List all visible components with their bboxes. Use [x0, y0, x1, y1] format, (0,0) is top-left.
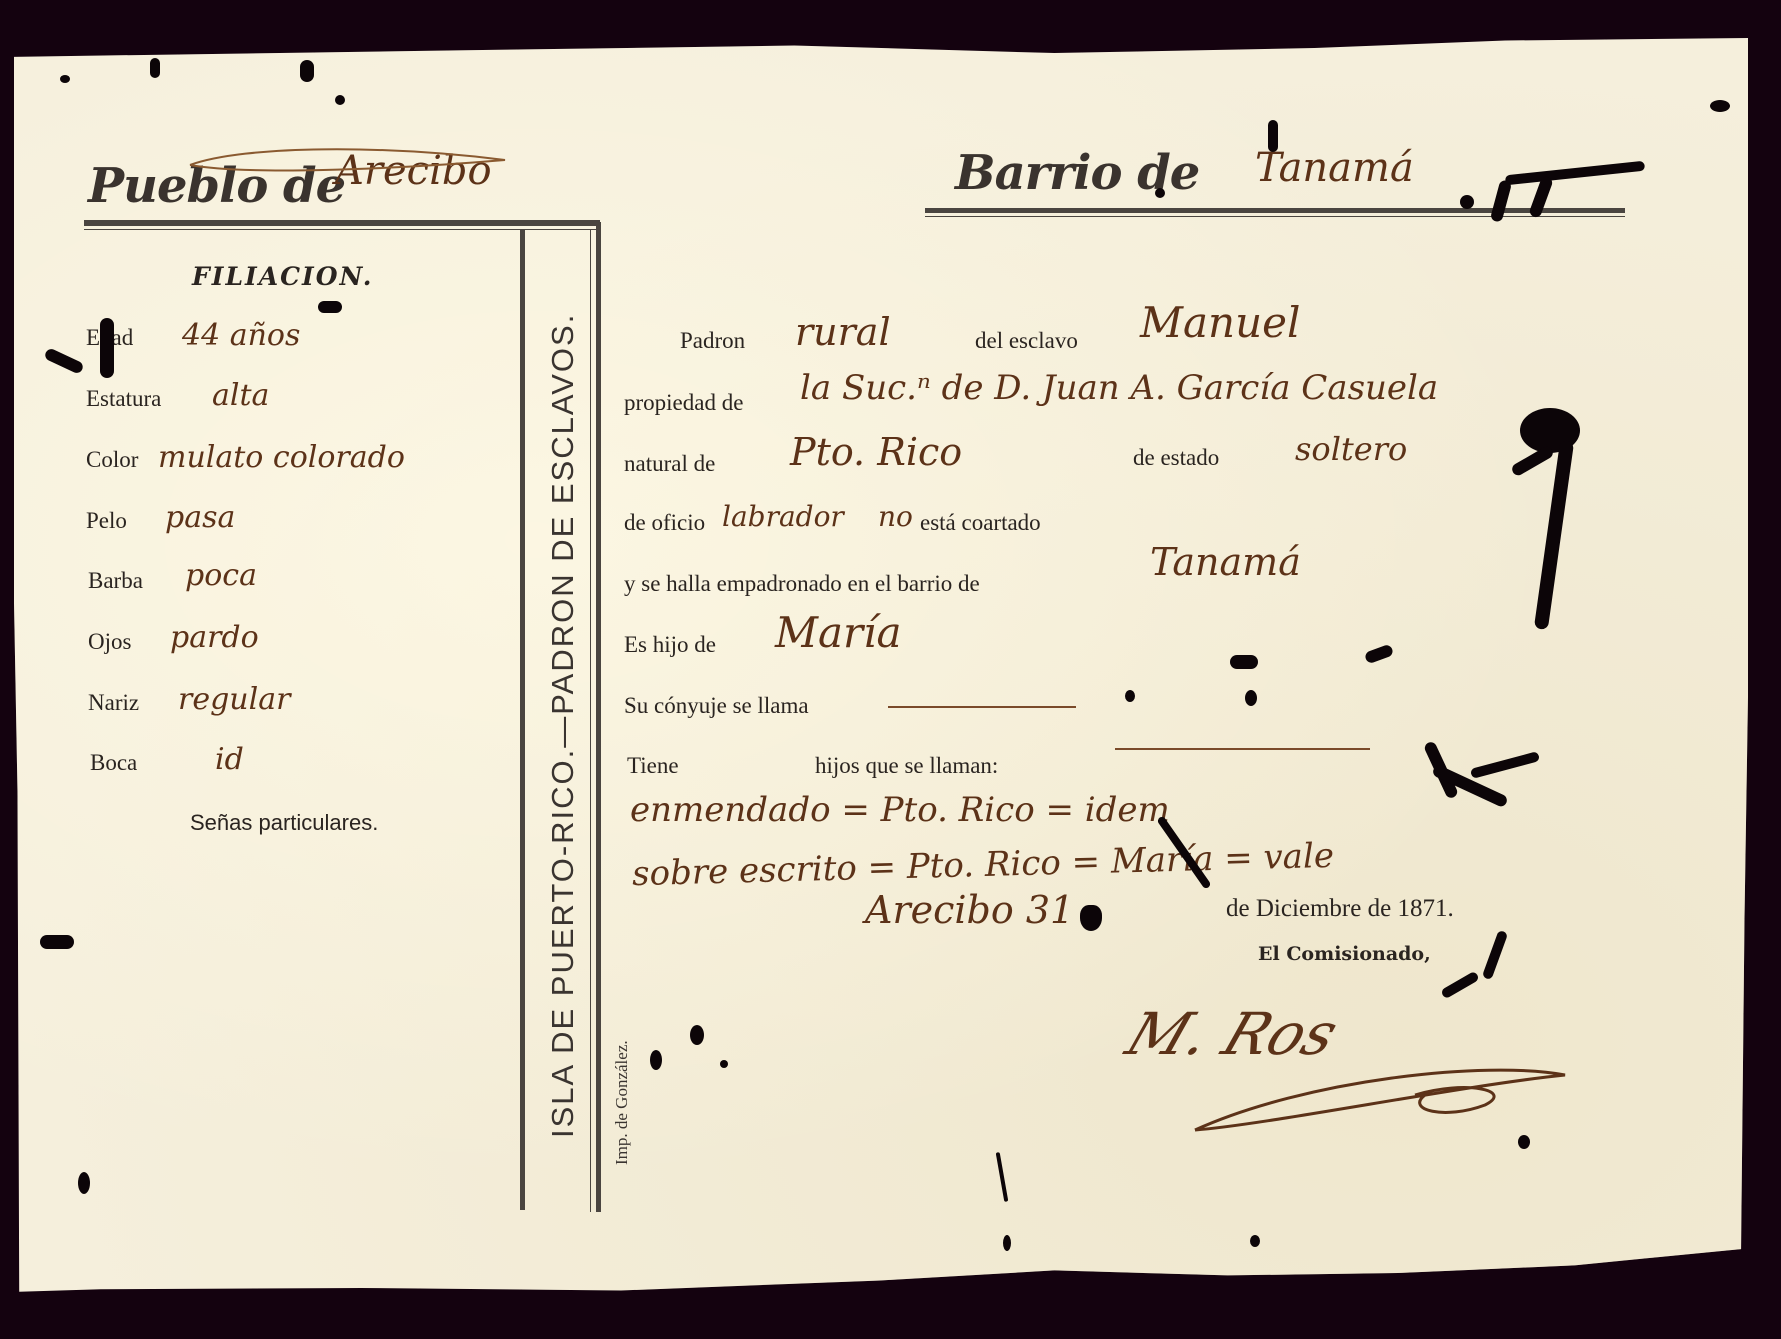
field-value-edad: 44 años [182, 318, 300, 353]
oficio-value: labrador [722, 500, 844, 533]
natural-value: Pto. Rico [790, 430, 962, 474]
padron-value: rural [795, 310, 891, 354]
ink-blot [78, 1172, 90, 1194]
propiedad-value: la Suc.ⁿ de D. Juan A. García Casuela [800, 368, 1438, 408]
field-label-pelo: Pelo [86, 508, 127, 534]
ink-blot [1003, 1235, 1011, 1251]
ink-blot [650, 1050, 662, 1070]
filiacion-title: FILIACION. [192, 262, 373, 291]
esclavo-value: Manuel [1140, 298, 1300, 347]
field-value-ojos: pardo [170, 620, 259, 655]
ink-blot [318, 301, 342, 313]
field-value-pelo: pasa [165, 500, 235, 535]
ink-blot [1125, 690, 1135, 702]
senas-particulares-label: Señas particulares. [190, 810, 378, 836]
empadronado-value: Tanamá [1150, 540, 1301, 584]
pueblo-flourish [185, 140, 515, 180]
hijo-label: Es hijo de [624, 632, 716, 658]
field-label-boca: Boca [90, 750, 137, 776]
ink-blot [100, 318, 114, 378]
empadronado-label: y se halla empadronado en el barrio de [624, 571, 980, 597]
padron-label: Padron [680, 328, 745, 354]
coartado-label: está coartado [920, 510, 1041, 536]
conyuge-label: Su cónyuje se llama [624, 693, 809, 719]
note-line-1: enmendado = Pto. Rico = idem [630, 790, 1170, 830]
frame-top-heavy [84, 220, 600, 226]
oficio-label: de oficio [624, 510, 705, 536]
esclavo-label: del esclavo [975, 328, 1078, 354]
vertical-title: ISLA DE PUERTO-RICO.—PADRON DE ESCLAVOS. [545, 313, 581, 1138]
ink-blot [335, 95, 345, 105]
frame-outer-vertical [596, 222, 601, 1212]
ink-blot [1268, 120, 1278, 152]
estado-label: de estado [1133, 445, 1219, 471]
signature-flourish [1185, 1050, 1585, 1140]
ink-blot [690, 1025, 704, 1045]
field-value-barba: poca [185, 558, 257, 593]
ink-blot [1710, 100, 1730, 112]
ink-blot [1230, 655, 1258, 669]
date-suffix: de Diciembre de 1871. [1226, 895, 1454, 923]
hijos-blank [1115, 748, 1370, 750]
ink-blot [300, 60, 314, 82]
field-value-nariz: regular [178, 682, 290, 717]
comisionado-label: El Comisionado, [1258, 943, 1431, 965]
field-label-nariz: Nariz [88, 690, 139, 716]
frame-outer-vertical-thin [590, 230, 591, 1212]
barrio-value: Tanamá [1255, 145, 1414, 191]
coartado-prefix: no [878, 500, 913, 533]
field-value-color: mulato colorado [158, 440, 405, 475]
ink-blot [40, 935, 74, 949]
ink-blot [150, 58, 160, 78]
field-label-barba: Barba [88, 568, 143, 594]
estado-value: soltero [1295, 430, 1407, 468]
ink-blot [1245, 690, 1257, 706]
place-day: Arecibo 31 [865, 888, 1074, 932]
frame-inner-vertical [520, 230, 525, 1210]
field-label-color: Color [86, 447, 138, 473]
ink-blot [60, 75, 70, 83]
ink-blot [720, 1060, 728, 1068]
field-value-estatura: alta [212, 378, 269, 413]
ink-blot [1080, 905, 1102, 931]
printer-credit: Imp. de González. [612, 1040, 632, 1165]
hijo-value: María [775, 608, 902, 657]
conyuge-blank [888, 706, 1076, 708]
field-label-ojos: Ojos [88, 629, 131, 655]
natural-label: natural de [624, 451, 715, 477]
ink-blot [1460, 195, 1474, 209]
field-value-boca: id [215, 742, 244, 777]
barrio-rule-thin [925, 216, 1625, 217]
ink-blot [1518, 1135, 1530, 1149]
ink-blot [1155, 188, 1165, 198]
ink-blot [1250, 1235, 1260, 1247]
propiedad-label: propiedad de [624, 390, 743, 416]
hijos-label: hijos que se llaman: [815, 753, 998, 779]
barrio-rule [925, 208, 1625, 213]
tiene-label: Tiene [627, 753, 679, 779]
field-label-estatura: Estatura [86, 386, 161, 412]
